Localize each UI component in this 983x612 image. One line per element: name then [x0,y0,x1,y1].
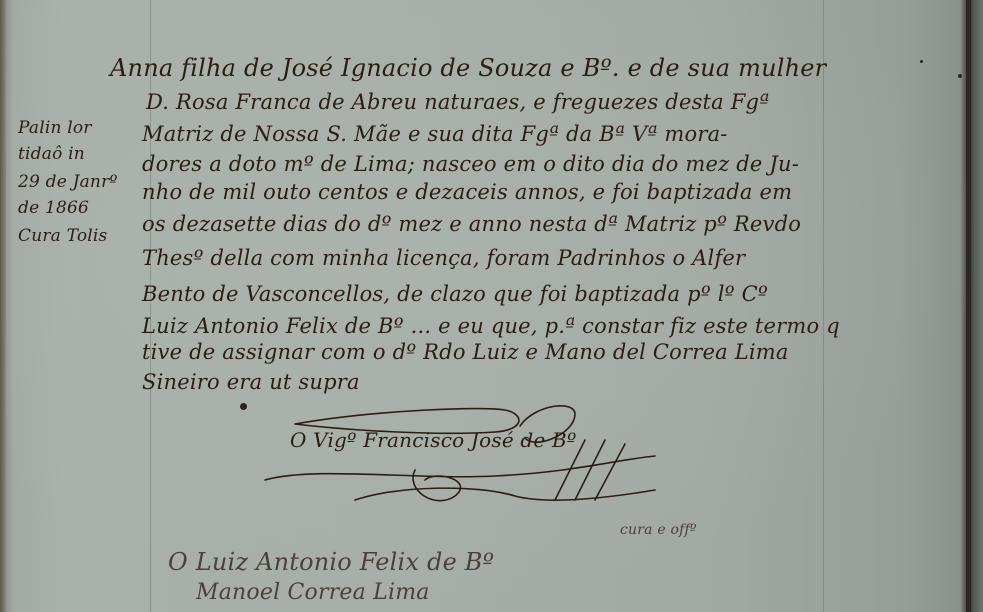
record-line: D. Rosa Franca de Abreu naturaes, e freg… [146,90,769,114]
margin-note-line: Palin lor [18,118,92,138]
margin-note-line: Cura Tolis [18,226,107,246]
signature-witness-1: O Luiz Antonio Felix de Bº [168,548,494,576]
record-line: tive de assignar com o dº Rdo Luiz e Man… [142,340,789,364]
signature-main: O Vigº Francisco José de Bº [290,428,577,452]
record-line: os dezasette dias do dº mez e anno nesta… [142,212,801,236]
record-line: Luiz Antonio Felix de Bº ... e eu que, p… [142,314,840,338]
ink-spot [958,74,962,78]
record-line: Thesº della com minha licença, foram Pad… [142,246,745,270]
signature-flourish-icon [255,400,675,510]
margin-rule-right [823,0,824,612]
record-line: Anna filha de José Ignacio de Souza e Bº… [110,54,826,82]
record-line: Sineiro era ut supra [142,370,360,394]
ink-spot [240,403,247,410]
margin-note-line: 29 de Janrº [18,172,118,192]
manuscript-page: Palin lor tidaô in 29 de Janrº de 1866 C… [0,0,983,612]
ink-spot [920,60,923,63]
record-line: dores a doto mº de Lima; nasceo em o dit… [142,152,799,176]
signature-witness-2: Manoel Correa Lima [196,580,430,605]
page-spine-edge [0,0,6,612]
margin-note-line: de 1866 [18,198,89,218]
page-fold-shadow [966,0,971,612]
signature-witness-1-sup: cura e offº [620,522,697,538]
record-line: nho de mil outo centos e dezaceis annos,… [142,180,792,204]
record-line: Bento de Vasconcellos, de clazo que foi … [142,282,768,306]
margin-note-line: tidaô in [18,144,85,164]
record-line: Matriz de Nossa S. Mãe e sua dita Fgª da… [142,122,728,146]
